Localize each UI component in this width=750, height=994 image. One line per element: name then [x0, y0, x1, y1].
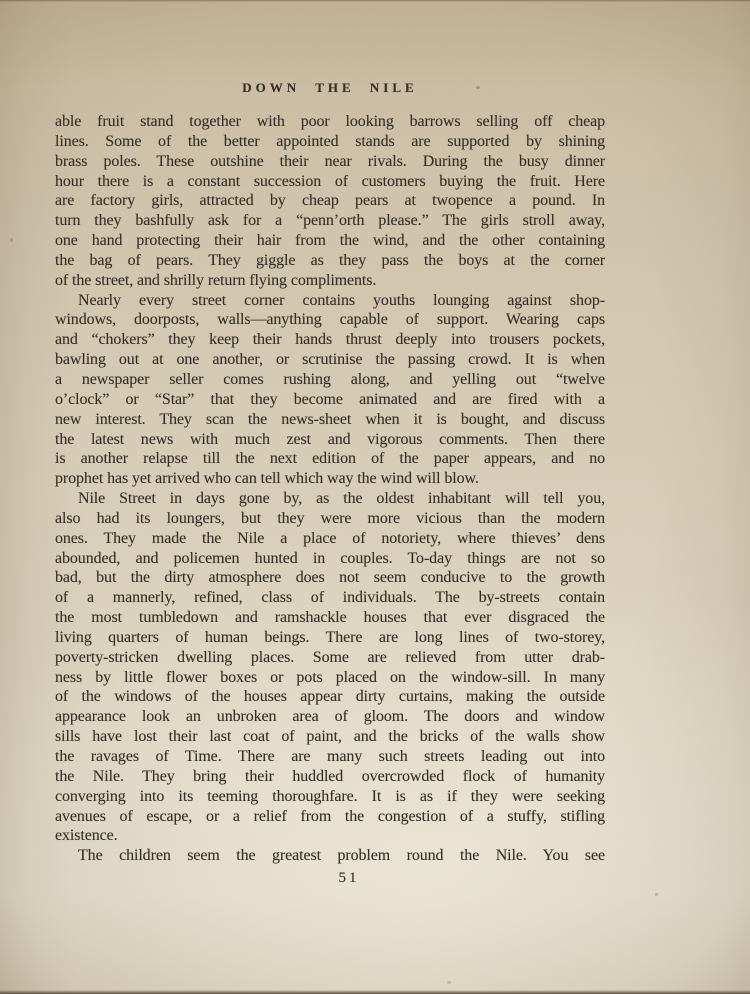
text-line: appearance look an unbroken area of gloo… — [55, 707, 605, 727]
text-line: living quarters of human beings. There a… — [55, 628, 605, 648]
text-line: existence. — [55, 826, 605, 846]
text-line: Nearly every street corner contains yout… — [55, 291, 605, 311]
text-line: brass poles. These outshine their near r… — [55, 152, 605, 172]
text-line: poverty-stricken dwelling places. Some a… — [55, 648, 605, 668]
text-line: avenues of escape, or a relief from the … — [55, 807, 605, 827]
paper-speck — [10, 238, 13, 242]
paper-speck — [655, 893, 658, 896]
text-line: the latest news with much zest and vigor… — [55, 430, 605, 450]
text-line: are factory girls, attracted by cheap pe… — [55, 191, 605, 211]
text-line: one hand protecting their hair from the … — [55, 231, 605, 251]
text-line: hour there is a constant succession of c… — [55, 172, 605, 192]
book-page: DOWN THE NILE able fruit stand together … — [0, 0, 750, 994]
text-line: sills have lost their last coat of paint… — [55, 727, 605, 747]
text-line: prophet has yet arrived who can tell whi… — [55, 469, 605, 489]
text-line: lines. Some of the better appointed stan… — [55, 132, 605, 152]
text-block: able fruit stand together with poor look… — [55, 112, 605, 866]
paper-speck — [447, 981, 451, 984]
text-line: abounded, and policemen hunted in couple… — [55, 549, 605, 569]
text-line: also had its loungers, but they were mor… — [55, 509, 605, 529]
text-line: a newspaper seller comes rushing along, … — [55, 370, 605, 390]
paragraph: Nearly every street corner contains yout… — [55, 291, 605, 489]
text-line: of the windows of the houses appear dirt… — [55, 687, 605, 707]
text-line: turn they bashfully ask for a “penn’orth… — [55, 211, 605, 231]
text-line: The children seem the greatest problem r… — [55, 846, 605, 866]
text-line: o’clock” or “Star” that they become anim… — [55, 390, 605, 410]
text-line: Nile Street in days gone by, as the olde… — [55, 489, 605, 509]
scan-edge-top — [0, 0, 750, 2]
page-number: 51 — [74, 870, 624, 887]
paragraph: able fruit stand together with poor look… — [55, 112, 605, 291]
text-line: converging into its teeming thoroughfare… — [55, 787, 605, 807]
text-line: and “chokers” they keep their hands thru… — [55, 330, 605, 350]
text-line: of the street, and shrilly return flying… — [55, 271, 605, 291]
text-line: bad, but the dirty atmosphere does not s… — [55, 568, 605, 588]
text-line: able fruit stand together with poor look… — [55, 112, 605, 132]
text-line: ness by little flower boxes or pots plac… — [55, 668, 605, 688]
running-header: DOWN THE NILE — [55, 80, 605, 96]
paragraph: Nile Street in days gone by, as the olde… — [55, 489, 605, 846]
text-line: bawling out at one another, or scrutinis… — [55, 350, 605, 370]
text-line: is another relapse till the next edition… — [55, 449, 605, 469]
text-line: the Nile. They bring their huddled overc… — [55, 767, 605, 787]
text-line: of a mannerly, refined, class of individ… — [55, 588, 605, 608]
text-line: the ravages of Time. There are many such… — [55, 747, 605, 767]
text-line: the most tumbledown and ramshackle house… — [55, 608, 605, 628]
text-line: new interest. They scan the news-sheet w… — [55, 410, 605, 430]
text-line: windows, doorposts, walls—anything capab… — [55, 310, 605, 330]
scan-edge-bottom — [0, 990, 750, 994]
text-line: ones. They made the Nile a place of noto… — [55, 529, 605, 549]
text-line: the bag of pears. They giggle as they pa… — [55, 251, 605, 271]
paragraph: The children seem the greatest problem r… — [55, 846, 605, 866]
